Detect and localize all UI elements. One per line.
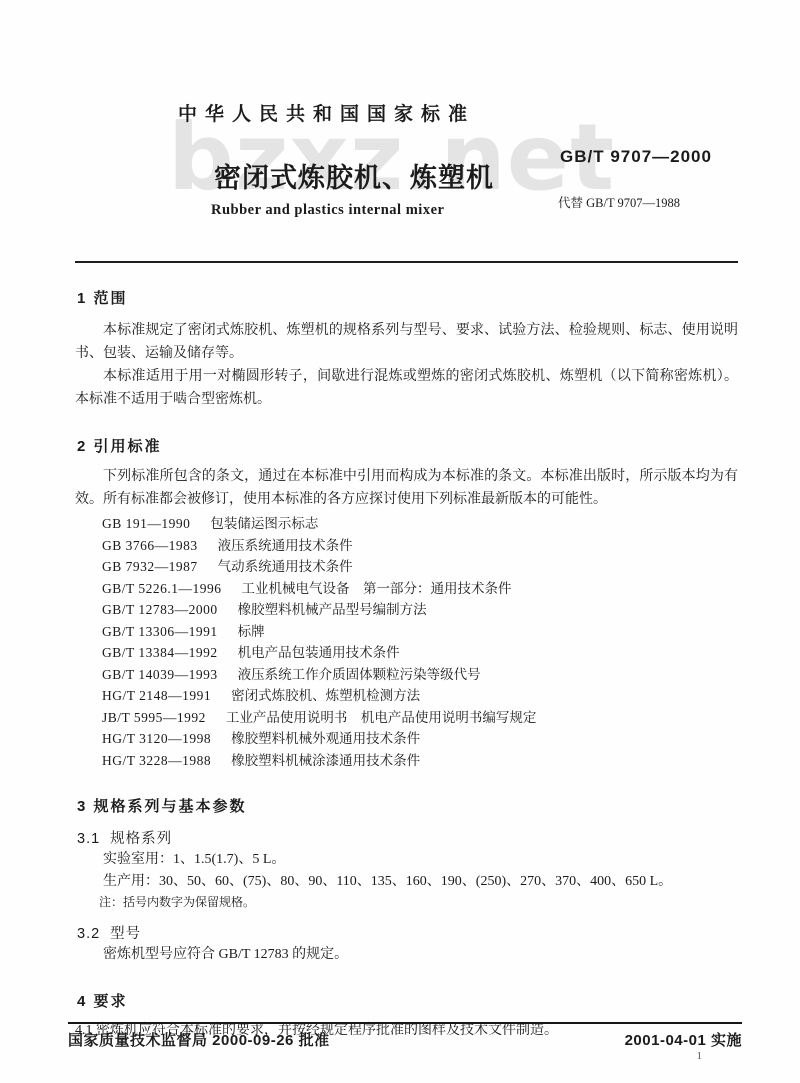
reference-title: 机电产品包装通用技术条件	[238, 645, 400, 660]
reference-code: GB/T 13384—1992	[102, 642, 218, 664]
reference-item: GB/T 13384—1992机电产品包装通用技术条件	[75, 642, 738, 664]
reference-code: GB/T 5226.1—1996	[102, 578, 222, 600]
reference-title: 标牌	[238, 624, 265, 639]
reference-item: HG/T 3228—1988橡胶塑料机械涂漆通用技术条件	[75, 750, 738, 772]
reference-title: 气动系统通用技术条件	[218, 559, 353, 574]
spec-note: 注：括号内数字为保留规格。	[75, 893, 738, 912]
document-footer: 国家质量技术监督局 2000-09-26 批准 2001-04-01 实施	[68, 1022, 742, 1050]
reference-code: GB 3766—1983	[102, 535, 198, 557]
scope-paragraph-2: 本标准适用于用一对椭圆形转子，间歇进行混炼或塑炼的密闭式炼胶机、炼塑机（以下简称…	[75, 365, 738, 411]
reference-item: JB/T 5995—1992工业产品使用说明书 机电产品使用说明书编写规定	[75, 707, 738, 729]
reference-code: GB 7932—1987	[102, 556, 198, 578]
reference-title: 工业产品使用说明书 机电产品使用说明书编写规定	[226, 710, 537, 725]
page-number: 1	[697, 1050, 703, 1062]
references-intro: 下列标准所包含的条文，通过在本标准中引用而构成为本标准的条文。本标准出版时，所示…	[75, 465, 738, 511]
section-3-2-heading: 3.2型号	[77, 924, 738, 944]
reference-code: HG/T 2148—1991	[102, 685, 211, 707]
national-standard-label: 中华人民共和国国家标准	[178, 99, 475, 126]
implementation-date: 2001-04-01 实施	[625, 1029, 742, 1050]
reference-item: GB/T 13306—1991标牌	[75, 621, 738, 643]
scope-paragraph-1: 本标准规定了密闭式炼胶机、炼塑机的规格系列与型号、要求、试验方法、检验规则、标志…	[75, 319, 738, 365]
reference-title: 橡胶塑料机械产品型号编制方法	[238, 602, 427, 617]
section-4-heading: 4 要求	[77, 992, 738, 1012]
reference-list: GB 191—1990包装储运图示标志 GB 3766—1983液压系统通用技术…	[75, 513, 738, 771]
reference-title: 工业机械电气设备 第一部分：通用技术条件	[242, 581, 512, 596]
reference-item: GB/T 5226.1—1996工业机械电气设备 第一部分：通用技术条件	[75, 578, 738, 600]
document-body: 1 范围 本标准规定了密闭式炼胶机、炼塑机的规格系列与型号、要求、试验方法、检验…	[75, 263, 738, 1042]
reference-code: GB 191—1990	[102, 513, 190, 535]
model-requirement-line: 密炼机型号应符合 GB/T 12783 的规定。	[75, 944, 738, 966]
reference-title: 橡胶塑料机械涂漆通用技术条件	[231, 753, 420, 768]
reference-code: HG/T 3120—1998	[102, 728, 211, 750]
reference-item: GB 3766—1983液压系统通用技术条件	[75, 535, 738, 557]
section-3-heading: 3 规格系列与基本参数	[77, 797, 738, 817]
reference-item: GB/T 14039—1993液压系统工作介质固体颗粒污染等级代号	[75, 664, 738, 686]
section-1-heading: 1 范围	[77, 289, 738, 309]
section-2-heading: 2 引用标准	[77, 437, 738, 457]
reference-item: HG/T 3120—1998橡胶塑料机械外观通用技术条件	[75, 728, 738, 750]
reference-code: HG/T 3228—1988	[102, 750, 211, 772]
section-3-1-number: 3.1	[77, 831, 100, 847]
reference-code: JB/T 5995—1992	[102, 707, 206, 729]
reference-title: 橡胶塑料机械外观通用技术条件	[231, 731, 420, 746]
section-3-2-number: 3.2	[77, 926, 100, 942]
section-3-1-heading: 3.1规格系列	[77, 829, 738, 849]
replaces-note: 代替 GB/T 9707—1988	[558, 193, 680, 211]
reference-item: HG/T 2148—1991密闭式炼胶机、炼塑机检测方法	[75, 685, 738, 707]
reference-code: GB/T 14039—1993	[102, 664, 218, 686]
section-3-2-title: 型号	[110, 926, 141, 942]
lab-spec-line: 实验室用：1、1.5(1.7)、5 L。	[75, 849, 738, 871]
reference-code: GB/T 12783—2000	[102, 599, 218, 621]
reference-title: 包装储运图示标志	[210, 516, 318, 531]
standard-code: GB/T 9707—2000	[560, 147, 712, 167]
reference-code: GB/T 13306—1991	[102, 621, 218, 643]
reference-title: 密闭式炼胶机、炼塑机检测方法	[231, 688, 420, 703]
section-3-1-title: 规格系列	[110, 831, 172, 847]
reference-item: GB 7932—1987气动系统通用技术条件	[75, 556, 738, 578]
approval-authority-date: 国家质量技术监督局 2000-09-26 批准	[68, 1029, 330, 1050]
document-title-cn: 密闭式炼胶机、炼塑机	[214, 156, 494, 195]
document-title-en: Rubber and plastics internal mixer	[211, 202, 444, 219]
reference-title: 液压系统通用技术条件	[218, 538, 353, 553]
reference-item: GB 191—1990包装储运图示标志	[75, 513, 738, 535]
reference-title: 液压系统工作介质固体颗粒污染等级代号	[238, 667, 481, 682]
production-spec-line: 生产用：30、50、60、(75)、80、90、110、135、160、190、…	[75, 871, 738, 893]
standard-document-page: bzxz.net 中华人民共和国国家标准 GB/T 9707—2000 密闭式炼…	[0, 0, 800, 1083]
reference-item: GB/T 12783—2000橡胶塑料机械产品型号编制方法	[75, 599, 738, 621]
